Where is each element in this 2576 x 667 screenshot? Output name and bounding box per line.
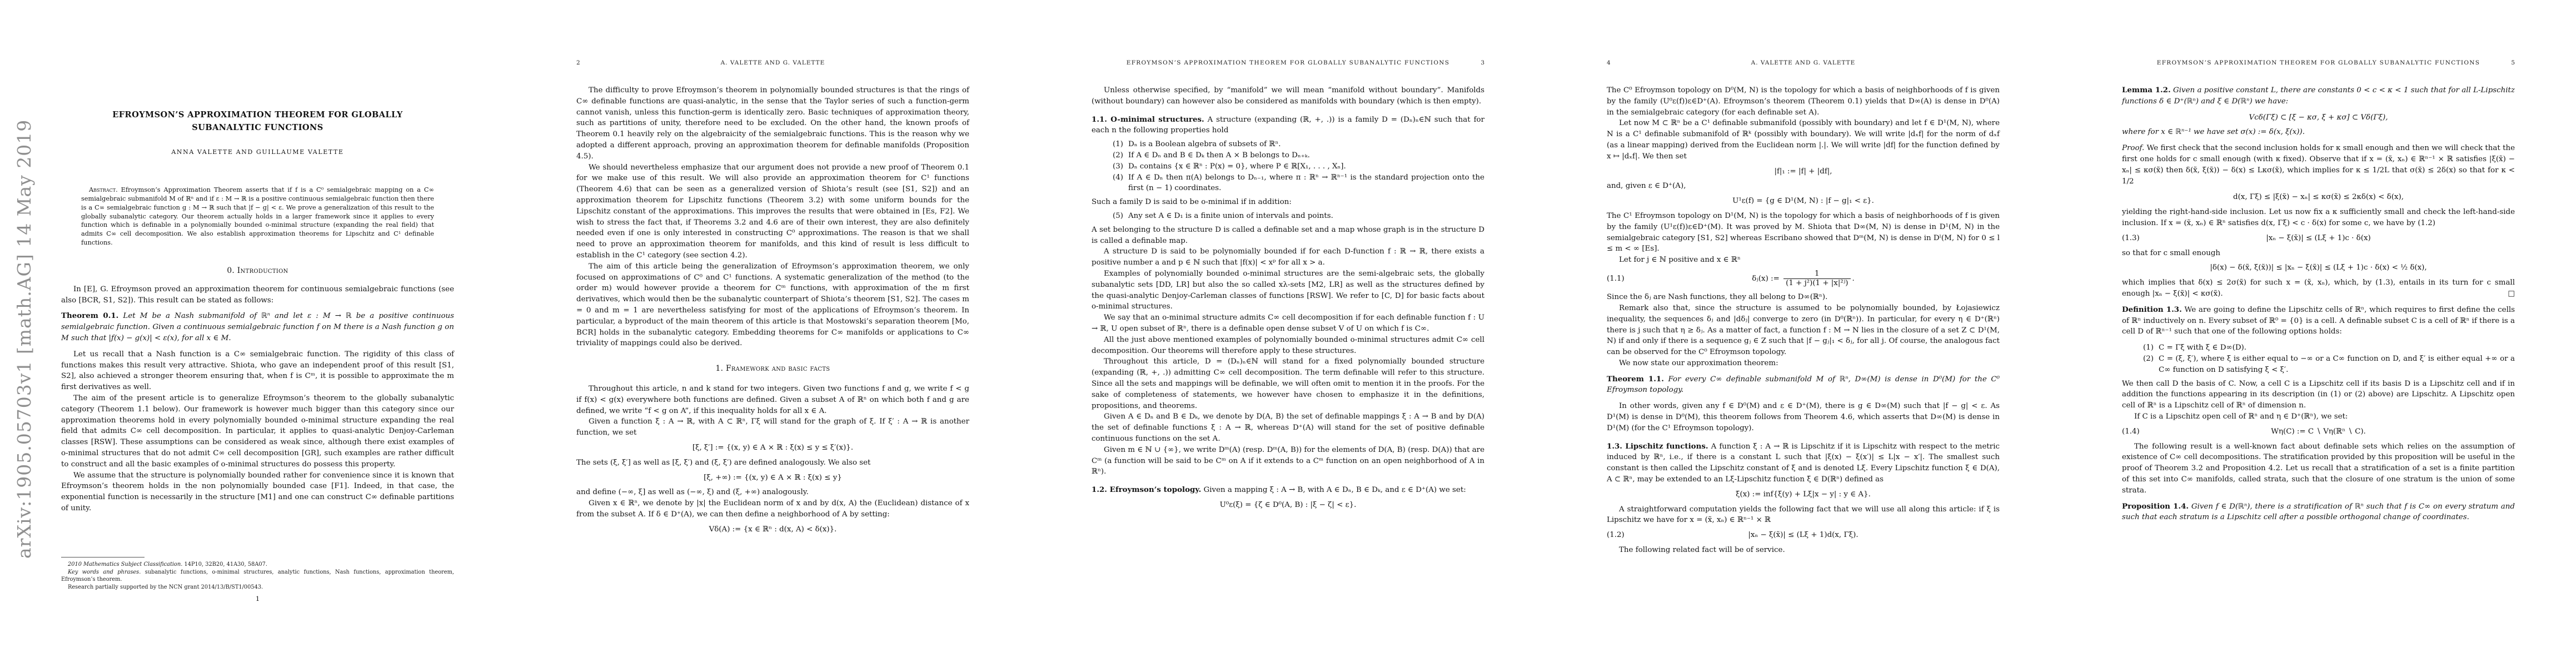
- theorem-text: For every C∞ definable submanifold M of …: [1607, 375, 2000, 395]
- paragraph: The sets (ξ, ξ′] as well as [ξ, ξ′) and …: [576, 457, 969, 469]
- equation-body: |δ(x) − δ(x̃, ξ(x̃))| ≤ |xₙ − ξ(x̃)| ≤ (…: [2210, 263, 2426, 272]
- running-header: EFROYMSON’S APPROXIMATION THEOREM FOR GL…: [1092, 0, 1484, 66]
- item-text: If A ∈ Dₙ then π(A) belongs to Dₙ₋₁, whe…: [1128, 173, 1484, 193]
- item-number: (2): [2143, 354, 2154, 365]
- subsection-lipschitz-functions: 1.3. Lipschitz functions. A function ξ :…: [1607, 441, 2000, 485]
- paragraph: All the just above mentioned examples of…: [1092, 335, 1484, 357]
- paragraph: A structure D is said to be polynomially…: [1092, 246, 1484, 268]
- page-3-body: Unless otherwise specified, by “manifold…: [1092, 85, 1484, 511]
- item-text: Any set A ∈ D₁ is a finite union of inte…: [1128, 212, 1333, 220]
- list-item: (1)C = Γξ with ξ ∈ D∞(D).: [2143, 342, 2515, 354]
- page-number-3: 3: [1462, 59, 1484, 66]
- display-equation-1-2: (1.2) |xₙ − ξ(x̃)| ≤ (Lξ + 1)d(x, Γξ).: [1607, 530, 2000, 541]
- proof: Proof. We first check that the second in…: [2122, 143, 2515, 187]
- item-number: (3): [1113, 161, 1123, 172]
- footnotes: 2010 Mathematics Subject Classification.…: [61, 557, 454, 591]
- section-heading-framework: 1. Framework and basic facts: [576, 364, 969, 375]
- display-equation-1-4: (1.4) Wη(C) := C ∖ Vη(ℝⁿ ∖ C).: [2122, 426, 2515, 437]
- page-2-content: 2 A. VALETTE AND G. VALETTE The difficul…: [576, 0, 969, 535]
- item-number: (1): [1113, 139, 1123, 150]
- display-equation-neighborhood: Vδ(A) := {x ∈ ℝⁿ : d(x, A) < δ(x)}.: [576, 524, 969, 535]
- item-number: (5): [1113, 211, 1123, 222]
- page-2-body: The difficulty to prove Efroymson’s theo…: [576, 85, 969, 535]
- display-equation-u0: U⁰ε(ξ) = {ζ ∈ D⁰(A, B) : |ξ − ζ| < ε}.: [1092, 500, 1484, 511]
- display-equation-delta: |δ(x) − δ(x̃, ξ(x̃))| ≤ |xₙ − ξ(x̃)| ≤ (…: [2122, 262, 2515, 273]
- display-equation-extension: ξ̄(x) := inf{ξ(y) + Lξ|x − y| : y ∈ A}.: [1607, 489, 2000, 500]
- proposition-label: Proposition 1.4.: [2122, 502, 2189, 511]
- equation-tag: (1.1): [1607, 273, 1625, 285]
- theorem-1-1: Theorem 1.1. For every C∞ definable subm…: [1607, 374, 2000, 396]
- equation-body: U¹ε(f) = {g ∈ D¹(M, N) : |f − g|₁ < ε}.: [1732, 197, 1874, 205]
- page-number-4: 4: [1607, 59, 1629, 66]
- lemma-1-2: Lemma 1.2. Given a positive constant L, …: [2122, 85, 2515, 107]
- equation-body: Vδ(A) := {x ∈ ℝⁿ : d(x, A) < δ(x)}.: [709, 525, 837, 534]
- subsection-label: 1.3. Lipschitz functions.: [1607, 442, 1708, 451]
- equation-body: |xₙ − ξ(x̃)| ≤ (Lξ + 1)c · δ(x): [2266, 234, 2371, 242]
- paragraph: Throughout this article, D = (Dₙ)ₙ∈ℕ wil…: [1092, 356, 1484, 411]
- page-number-5: 5: [2493, 59, 2515, 66]
- page-5-body: Lemma 1.2. Given a positive constant L, …: [2122, 85, 2515, 523]
- paragraph: Let us recall that a Nash function is a …: [61, 349, 454, 393]
- paragraph: A set belonging to the structure D is ca…: [1092, 225, 1484, 247]
- page-number-2: 2: [576, 59, 599, 66]
- paragraph: The aim of this article being the genera…: [576, 261, 969, 349]
- paragraph: We assume that the structure is polynomi…: [61, 470, 454, 514]
- paragraph: and, given ε ∈ D⁺(A),: [1607, 181, 2000, 192]
- definition-label: Definition 1.3.: [2122, 305, 2182, 314]
- display-equation-1-3: (1.3) |xₙ − ξ(x̃)| ≤ (Lξ + 1)c · δ(x): [2122, 233, 2515, 244]
- arxiv-paper-screenshot: arXiv:1905.05703v1 [math.AG] 14 May 2019…: [0, 0, 2576, 667]
- item-number: (2): [1113, 150, 1123, 161]
- subsection-label: 1.1. O-minimal structures.: [1092, 115, 1204, 124]
- page-4-content: 4 A. VALETTE AND G. VALETTE The C⁰ Efroy…: [1607, 0, 2000, 556]
- page-5: EFROYMSON’S APPROXIMATION THEOREM FOR GL…: [2061, 0, 2576, 667]
- display-equation-interval: [ξ, ξ′] := {(x, y) ∈ A × ℝ : ξ(x) ≤ y ≤ …: [576, 442, 969, 454]
- paragraph: We now state our approximation theorem:: [1607, 358, 2000, 369]
- paragraph: Since the δⱼ are Nash functions, they al…: [1607, 292, 2000, 303]
- running-header: 4 A. VALETTE AND G. VALETTE: [1607, 0, 2000, 66]
- proof-text: which implies that δ(x) ≤ 2σ(x̃) for suc…: [2122, 278, 2515, 298]
- page-number-1: 1: [61, 595, 454, 603]
- page-3-content: EFROYMSON’S APPROXIMATION THEOREM FOR GL…: [1092, 0, 1484, 511]
- proof-text: yielding the right-hand-side inclusion. …: [2122, 207, 2515, 229]
- list-item: (5)Any set A ∈ D₁ is a finite union of i…: [1113, 211, 1484, 222]
- paragraph: In [E], G. Efroymson proved an approxima…: [61, 284, 454, 306]
- list-item: (3)Dₙ contains {x ∈ ℝⁿ : P(x) = 0}, wher…: [1113, 161, 1484, 172]
- enumerated-list: (1)Dₙ is a Boolean algebra of subsets of…: [1092, 139, 1484, 194]
- page-1-content: EFROYMSON’S APPROXIMATION THEOREM FOR GL…: [61, 0, 454, 514]
- paragraph: and define (−∞, ξ] as well as (−∞, ξ) an…: [576, 487, 969, 498]
- equation-body: |f|₁ := |f| + |df|,: [1774, 167, 1832, 176]
- paragraph: If C is a Lipschitz open cell of ℝⁿ and …: [2122, 411, 2515, 422]
- equation-body: ξ̄(x) := inf{ξ(y) + Lξ|x − y| : y ∈ A}.: [1736, 490, 1871, 499]
- item-text: C = Γξ with ξ ∈ D∞(D).: [2159, 344, 2246, 352]
- running-title-authors: A. VALETTE AND G. VALETTE: [599, 59, 947, 66]
- paper-authors: ANNA VALETTE AND GUILLAUME VALETTE: [61, 148, 454, 156]
- fraction: 1(1 + j²)(1 + |x|²ʲ): [1783, 270, 1850, 288]
- abstract: Abstract. Efroymson’s Approximation Theo…: [81, 186, 434, 247]
- paragraph: The C⁰ Efroymson topology on D⁰(M, N) is…: [1607, 85, 2000, 118]
- theorem-0-1: Theorem 0.1. Let M be a Nash submanifold…: [61, 311, 454, 344]
- page-4-body: The C⁰ Efroymson topology on D⁰(M, N) is…: [1607, 85, 2000, 556]
- lemma-label: Lemma 1.2.: [2122, 86, 2171, 94]
- paragraph: We say that an o-minimal structure admit…: [1092, 312, 1484, 335]
- equation-tag: (1.3): [2122, 233, 2140, 244]
- footnote-keywords: Key words and phrases. subanalytic funct…: [61, 569, 454, 584]
- paragraph: The following result is a well-known fac…: [2122, 441, 2515, 496]
- subsection-o-minimal-structures: 1.1. O-minimal structures. A structure (…: [1092, 115, 1484, 137]
- paragraph: Throughout this article, n and k stand f…: [576, 384, 969, 416]
- paragraph: The C¹ Efroymson topology on D¹(M, N) is…: [1607, 211, 2000, 255]
- page-3: EFROYMSON’S APPROXIMATION THEOREM FOR GL…: [1030, 0, 1546, 667]
- footnote-grant: Research partially supported by the NCN …: [61, 584, 454, 591]
- lemma-text: Given a positive constant L, there are c…: [2122, 86, 2515, 106]
- subsection-text: Given a mapping ξ : A → B, with A ∈ Dₙ, …: [1204, 486, 1466, 494]
- paragraph: We then call D the basis of C. Now, a ce…: [2122, 379, 2515, 411]
- running-header: 2 A. VALETTE AND G. VALETTE: [576, 0, 969, 66]
- page-2: 2 A. VALETTE AND G. VALETTE The difficul…: [515, 0, 1030, 667]
- qed-symbol: □: [2508, 288, 2515, 300]
- paragraph: Such a family D is said to be o-minimal …: [1092, 197, 1484, 208]
- footnote-msc-text: 14P10, 32B20, 41A30, 58A07.: [185, 561, 267, 568]
- running-title-paper: EFROYMSON’S APPROXIMATION THEOREM FOR GL…: [1114, 59, 1462, 66]
- display-equation-ray: [ξ, +∞) := {(x, y) ∈ A × ℝ : ξ(x) ≤ y}: [576, 472, 969, 484]
- proof-label: Proof.: [2122, 144, 2144, 152]
- equation-body: Wη(C) := C ∖ Vη(ℝⁿ ∖ C).: [2271, 427, 2366, 436]
- display-equation-1-1: (1.1) δⱼ(x) := 1(1 + j²)(1 + |x|²ʲ).: [1607, 270, 2000, 288]
- display-equation-lemma: Vcδ(Γξ) ⊂ [ξ − κσ, ξ + κσ] ⊂ Vδ(Γξ),: [2122, 112, 2515, 123]
- equation-tag: (1.4): [2122, 426, 2140, 437]
- item-number: (4): [1113, 172, 1123, 183]
- subsection-label: 1.2. Efroymson’s topology.: [1092, 485, 1201, 494]
- page-1-body: In [E], G. Efroymson proved an approxima…: [61, 284, 454, 514]
- list-item: (2)C = (ξ, ξ′), where ξ is either equal …: [2143, 354, 2515, 376]
- page-4: 4 A. VALETTE AND G. VALETTE The C⁰ Efroy…: [1546, 0, 2061, 667]
- proof-text-end: which implies that δ(x) ≤ 2σ(x̃) for suc…: [2122, 277, 2515, 300]
- item-number: (1): [2143, 342, 2154, 354]
- equation-body: |xₙ − ξ(x̃)| ≤ (Lξ + 1)d(x, Γξ).: [1748, 531, 1858, 539]
- running-title-paper: EFROYMSON’S APPROXIMATION THEOREM FOR GL…: [2144, 59, 2493, 66]
- paragraph: Remark also that, since the structure is…: [1607, 303, 2000, 358]
- item-text: Dₙ is a Boolean algebra of subsets of ℝⁿ…: [1128, 140, 1281, 148]
- arxiv-stamp: arXiv:1905.05703v1 [math.AG] 14 May 2019: [13, 114, 35, 564]
- page-5-content: EFROYMSON’S APPROXIMATION THEOREM FOR GL…: [2122, 0, 2515, 523]
- enumerated-list: (1)C = Γξ with ξ ∈ D∞(D). (2)C = (ξ, ξ′)…: [2122, 342, 2515, 375]
- paragraph: Given a function ξ : A → ℝ, with A ⊂ ℝⁿ,…: [576, 416, 969, 439]
- fraction-denominator: (1 + j²)(1 + |x|²ʲ): [1783, 279, 1850, 288]
- equation-body: d(x, Γξ) ≤ |ξ(x̃) − xₙ| ≤ κσ(x̃) ≤ 2κδ(x…: [2233, 193, 2404, 201]
- footnote-msc: 2010 Mathematics Subject Classification.…: [61, 561, 454, 569]
- item-text: If A ∈ Dₙ and B ∈ Dₖ then A × B belongs …: [1128, 151, 1310, 160]
- footnote-msc-label: 2010 Mathematics Subject Classification.: [68, 561, 182, 568]
- list-item: (1)Dₙ is a Boolean algebra of subsets of…: [1113, 139, 1484, 150]
- equation-body: [ξ, ξ′] := {(x, y) ∈ A × ℝ : ξ(x) ≤ y ≤ …: [692, 444, 853, 452]
- abstract-text: Efroymson’s Approximation Theorem assert…: [81, 186, 434, 246]
- paragraph: Let for j ∈ ℕ positive and x ∈ ℝⁿ: [1607, 255, 2000, 266]
- display-equation-u1: U¹ε(f) = {g ∈ D¹(M, N) : |f − g|₁ < ε}.: [1607, 196, 2000, 207]
- theorem-label: Theorem 1.1.: [1607, 375, 1664, 384]
- footnote-rule: [61, 557, 145, 558]
- list-item: (4)If A ∈ Dₙ then π(A) belongs to Dₙ₋₁, …: [1113, 172, 1484, 195]
- proposition-1-4: Proposition 1.4. Given f ∈ D(ℝⁿ), there …: [2122, 501, 2515, 524]
- paragraph: In other words, given any f ∈ D⁰(M) and …: [1607, 401, 2000, 434]
- paragraph: A straightforward computation yields the…: [1607, 504, 2000, 526]
- display-equation-norm1: |f|₁ := |f| + |df|,: [1607, 166, 2000, 177]
- paragraph: We should nevertheless emphasize that ou…: [576, 162, 969, 261]
- paragraph: Let now M ⊂ ℝⁿ be a C¹ definable submani…: [1607, 118, 2000, 162]
- paragraph: The difficulty to prove Efroymson’s theo…: [576, 85, 969, 162]
- lemma-text-continued: where for x ∈ ℝⁿ⁻¹ we have set σ(x) := δ…: [2122, 127, 2515, 138]
- list-item: (2)If A ∈ Dₙ and B ∈ Dₖ then A × B belon…: [1113, 150, 1484, 161]
- abstract-label: Abstract.: [89, 186, 118, 193]
- item-text: Dₙ contains {x ∈ ℝⁿ : P(x) = 0}, where P…: [1128, 162, 1346, 171]
- paragraph: Given m ∈ ℕ ∪ {∞}, we write Dᵐ(A) (resp.…: [1092, 445, 1484, 477]
- running-header: EFROYMSON’S APPROXIMATION THEOREM FOR GL…: [2122, 0, 2515, 66]
- equation-lhs: δⱼ(x) :=: [1752, 275, 1780, 283]
- subsection-efroymson-topology: 1.2. Efroymson’s topology. Given a mappi…: [1092, 485, 1484, 496]
- theorem-text: Let M be a Nash submanifold of ℝⁿ and le…: [61, 312, 454, 342]
- running-title-authors: A. VALETTE AND G. VALETTE: [1629, 59, 1977, 66]
- paragraph: Unless otherwise specified, by “manifold…: [1092, 85, 1484, 107]
- item-text: C = (ξ, ξ′), where ξ is either equal to …: [2159, 355, 2515, 374]
- equation-body: Vcδ(Γξ) ⊂ [ξ − κσ, ξ + κσ] ⊂ Vδ(Γξ),: [2249, 113, 2388, 122]
- paragraph: The aim of the present article is to gen…: [61, 393, 454, 470]
- paragraph: Given A ∈ Dₙ and B ∈ Dₖ, we denote by D(…: [1092, 411, 1484, 444]
- enumerated-list: (5)Any set A ∈ D₁ is a finite union of i…: [1092, 211, 1484, 222]
- theorem-label: Theorem 0.1.: [61, 311, 118, 320]
- section-heading-introduction: 0. Introduction: [61, 266, 454, 275]
- fraction-numerator: 1: [1783, 270, 1850, 279]
- equation-body: [ξ, +∞) := {(x, y) ∈ A × ℝ : ξ(x) ≤ y}: [704, 474, 842, 482]
- display-equation-distance: d(x, Γξ) ≤ |ξ(x̃) − xₙ| ≤ κσ(x̃) ≤ 2κδ(x…: [2122, 192, 2515, 203]
- paragraph: The following related fact will be of se…: [1607, 545, 2000, 556]
- proof-text: We first check that the second inclusion…: [2122, 144, 2515, 185]
- proof-text: so that for c small enough: [2122, 248, 2515, 259]
- footnote-keywords-label: Key words and phrases.: [68, 569, 141, 575]
- equation-body: U⁰ε(ξ) = {ζ ∈ D⁰(A, B) : |ξ − ζ| < ε}.: [1220, 501, 1357, 509]
- paragraph: Given x ∈ ℝⁿ, we denote by |x| the Eucli…: [576, 498, 969, 520]
- definition-1-3: Definition 1.3. We are going to define t…: [2122, 305, 2515, 337]
- paper-title: EFROYMSON’S APPROXIMATION THEOREM FOR GL…: [83, 109, 432, 134]
- equation-period: .: [1852, 275, 1855, 283]
- paragraph: Examples of polynomially bounded o-minim…: [1092, 268, 1484, 312]
- page-1: arXiv:1905.05703v1 [math.AG] 14 May 2019…: [0, 0, 515, 667]
- equation-tag: (1.2): [1607, 530, 1625, 541]
